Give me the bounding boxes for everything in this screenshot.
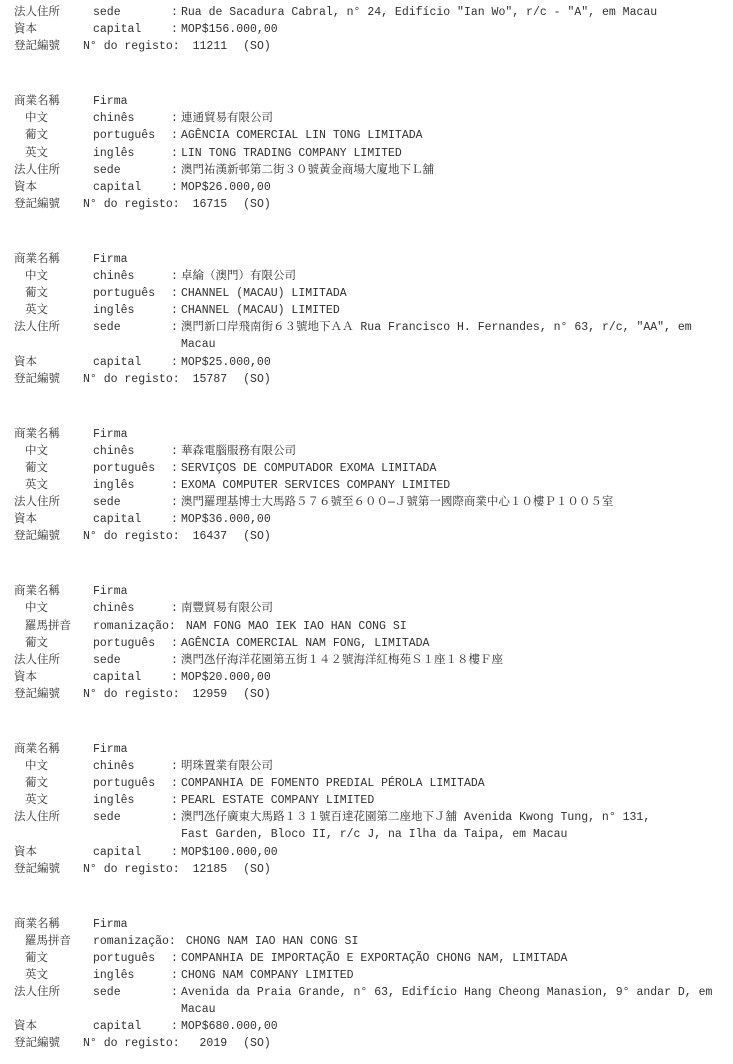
value-line: Macau — [181, 336, 725, 353]
row-roman: 羅馬拼音romanização:CHONG NAM IAO HAN CONG S… — [14, 933, 725, 950]
label-zh: 登記編號 — [14, 861, 77, 878]
colon-separator: : — [171, 950, 181, 967]
colon-separator: : — [171, 600, 181, 617]
colon-separator: : — [171, 319, 181, 336]
label-zh: 資本 — [14, 844, 93, 861]
value-line: CHANNEL (MACAU) LIMITED — [181, 302, 725, 319]
label-zh: 資本 — [14, 1018, 93, 1035]
row-capital: 資本capital:MOP$26.000,00 — [14, 179, 725, 196]
label-zh: 葡文 — [14, 635, 93, 652]
row-firma: 商業名稱Firma — [14, 916, 725, 933]
field-value: CHANNEL (MACAU) LIMITED — [181, 302, 725, 319]
label-pt: N° do registo: — [83, 196, 180, 213]
row-registo: 登記編號N° do registo:15787(SO) — [14, 371, 725, 388]
label-pt: sede — [93, 494, 171, 511]
row-capital: 資本capital:MOP$20.000,00 — [14, 669, 725, 686]
label-pt: chinês — [93, 600, 171, 617]
row-english: 英文inglês:CHANNEL (MACAU) LIMITED — [14, 302, 725, 319]
row-chinese: 中文chinês:明珠置業有限公司 — [14, 758, 725, 775]
label-pt: romanização: — [93, 618, 176, 635]
field-value: NAM FONG MAO IEK IAO HAN CONG SI — [186, 618, 725, 635]
row-capital: 資本capital:MOP$680.000,00 — [14, 1018, 725, 1035]
label-zh: 法人住所 — [14, 652, 93, 669]
label-pt: sede — [93, 652, 171, 669]
colon-separator: : — [171, 792, 181, 809]
colon-separator: : — [171, 4, 181, 21]
label-zh: 羅馬拼音 — [14, 933, 93, 950]
label-pt: Firma — [93, 916, 171, 933]
value-line: LIN TONG TRADING COMPANY LIMITED — [181, 145, 725, 162]
field-value: 澳門氹仔廣東大馬路１３１號百達花園第二座地下Ｊ舖 Avenida Kwong T… — [181, 809, 725, 843]
value-line: EXOMA COMPUTER SERVICES COMPANY LIMITED — [181, 477, 725, 494]
field-value: Avenida da Praia Grande, n° 63, Edifício… — [181, 984, 725, 1018]
field-value: 澳門羅理基博士大馬路５７６號至６００—Ｊ號第一國際商業中心１０樓Ｐ１００５室 — [181, 494, 725, 511]
label-zh: 登記編號 — [14, 528, 77, 545]
label-zh: 中文 — [14, 600, 93, 617]
colon-separator: : — [171, 477, 181, 494]
registration-source-code: (SO) — [243, 861, 271, 878]
colon-separator: : — [171, 494, 181, 511]
label-pt: N° do registo: — [83, 371, 180, 388]
colon-separator: : — [171, 967, 181, 984]
value-line: Macau — [181, 1001, 725, 1018]
value-line: 澳門新口岸飛南街６３號地下ＡＡ Rua Francisco H. Fernand… — [181, 319, 725, 336]
colon-separator: : — [171, 758, 181, 775]
label-pt: português — [93, 460, 171, 477]
row-portuguese: 葡文português:AGÊNCIA COMERCIAL LIN TONG L… — [14, 127, 725, 144]
label-pt: sede — [93, 809, 171, 826]
registration-number: 2019 — [193, 1035, 228, 1052]
row-chinese: 中文chinês:連通貿易有限公司 — [14, 110, 725, 127]
field-value: MOP$680.000,00 — [181, 1018, 725, 1035]
label-pt: chinês — [93, 268, 171, 285]
value-line: Fast Garden, Bloco II, r/c J, na Ilha da… — [181, 826, 725, 843]
row-firma: 商業名稱Firma — [14, 426, 725, 443]
label-pt: capital — [93, 844, 171, 861]
label-pt: N° do registo: — [83, 1035, 180, 1052]
colon-separator: : — [171, 145, 181, 162]
colon-separator: : — [171, 1018, 181, 1035]
value-line: COMPANHIA DE FOMENTO PREDIAL PÉROLA LIMI… — [181, 775, 725, 792]
value-line: MOP$26.000,00 — [181, 179, 725, 196]
label-pt: português — [93, 635, 171, 652]
label-zh: 資本 — [14, 21, 93, 38]
field-value: MOP$20.000,00 — [181, 669, 725, 686]
value-line: 南豐貿易有限公司 — [181, 600, 725, 617]
value-line: 卓綸（澳門）有限公司 — [181, 268, 725, 285]
field-value: MOP$100.000,00 — [181, 844, 725, 861]
value-line: 華森電腦服務有限公司 — [181, 443, 725, 460]
label-pt: chinês — [93, 758, 171, 775]
field-value: SERVIÇOS DE COMPUTADOR EXOMA LIMITADA — [181, 460, 725, 477]
field-value: 南豐貿易有限公司 — [181, 600, 725, 617]
row-firma: 商業名稱Firma — [14, 93, 725, 110]
label-pt: capital — [93, 669, 171, 686]
label-pt: romanização: — [93, 933, 176, 950]
registration-source-code: (SO) — [243, 196, 271, 213]
label-pt: português — [93, 127, 171, 144]
label-zh: 登記編號 — [14, 1035, 77, 1052]
colon-separator: : — [171, 302, 181, 319]
label-zh: 資本 — [14, 179, 93, 196]
label-zh: 登記編號 — [14, 686, 77, 703]
row-registo: 登記編號N° do registo:16715(SO) — [14, 196, 725, 213]
label-pt: Firma — [93, 251, 171, 268]
registration-number: 12959 — [193, 686, 228, 703]
value-line: CHONG NAM IAO HAN CONG SI — [186, 933, 725, 950]
value-line: AGÊNCIA COMERCIAL NAM FONG, LIMITADA — [181, 635, 725, 652]
registration-source-code: (SO) — [243, 686, 271, 703]
label-pt: sede — [93, 4, 171, 21]
company-entry: 商業名稱Firma中文chinês:華森電腦服務有限公司葡文português:… — [14, 426, 725, 546]
registration-source-code: (SO) — [243, 1035, 271, 1052]
row-capital: 資本capital:MOP$156.000,00 — [14, 21, 725, 38]
registration-number: 16437 — [193, 528, 228, 545]
label-pt: Firma — [93, 583, 171, 600]
field-value: MOP$36.000,00 — [181, 511, 725, 528]
label-pt: chinês — [93, 110, 171, 127]
label-pt: capital — [93, 179, 171, 196]
row-english: 英文inglês:CHONG NAM COMPANY LIMITED — [14, 967, 725, 984]
value-line: COMPANHIA DE IMPORTAÇÃO E EXPORTAÇÃO CHO… — [181, 950, 725, 967]
registration-number: 11211 — [193, 38, 228, 55]
colon-separator: : — [171, 669, 181, 686]
colon-separator: : — [171, 443, 181, 460]
colon-separator: : — [171, 21, 181, 38]
company-entry: 商業名稱Firma中文chinês:南豐貿易有限公司羅馬拼音romanizaçã… — [14, 583, 725, 703]
field-value: Rua de Sacadura Cabral, n° 24, Edifício … — [181, 4, 725, 21]
label-pt: inglês — [93, 145, 171, 162]
value-line: 明珠置業有限公司 — [181, 758, 725, 775]
row-portuguese: 葡文português:AGÊNCIA COMERCIAL NAM FONG, … — [14, 635, 725, 652]
label-zh: 法人住所 — [14, 809, 93, 826]
label-zh: 法人住所 — [14, 4, 93, 21]
label-pt: N° do registo: — [83, 861, 180, 878]
label-zh: 商業名稱 — [14, 251, 93, 268]
label-zh: 中文 — [14, 110, 93, 127]
value-line: 連通貿易有限公司 — [181, 110, 725, 127]
label-zh: 葡文 — [14, 775, 93, 792]
registration-source-code: (SO) — [243, 371, 271, 388]
value-line: Avenida da Praia Grande, n° 63, Edifício… — [181, 984, 725, 1001]
row-sede: 法人住所sede:澳門羅理基博士大馬路５７６號至６００—Ｊ號第一國際商業中心１０… — [14, 494, 725, 511]
value-line: CHONG NAM COMPANY LIMITED — [181, 967, 725, 984]
label-pt: N° do registo: — [83, 38, 180, 55]
label-zh: 葡文 — [14, 127, 93, 144]
company-entry: 商業名稱Firma羅馬拼音romanização:CHONG NAM IAO H… — [14, 916, 725, 1053]
label-zh: 英文 — [14, 477, 93, 494]
colon-separator: : — [171, 511, 181, 528]
row-capital: 資本capital:MOP$100.000,00 — [14, 844, 725, 861]
label-zh: 英文 — [14, 302, 93, 319]
label-zh: 商業名稱 — [14, 916, 93, 933]
row-portuguese: 葡文português:CHANNEL (MACAU) LIMITADA — [14, 285, 725, 302]
registration-source-code: (SO) — [243, 38, 271, 55]
row-firma: 商業名稱Firma — [14, 251, 725, 268]
field-value: 澳門氹仔海洋花園第五街１４２號海洋紅梅苑Ｓ１座１８樓Ｆ座 — [181, 652, 725, 669]
colon-separator: : — [171, 285, 181, 302]
label-zh: 法人住所 — [14, 162, 93, 179]
field-value: 明珠置業有限公司 — [181, 758, 725, 775]
registry-entries: 法人住所sede:Rua de Sacadura Cabral, n° 24, … — [14, 4, 725, 1053]
row-english: 英文inglês:EXOMA COMPUTER SERVICES COMPANY… — [14, 477, 725, 494]
field-value: CHONG NAM IAO HAN CONG SI — [186, 933, 725, 950]
value-line: 澳門氹仔廣東大馬路１３１號百達花園第二座地下Ｊ舖 Avenida Kwong T… — [181, 809, 725, 826]
colon-separator: : — [171, 460, 181, 477]
label-zh: 資本 — [14, 511, 93, 528]
company-entry: 商業名稱Firma中文chinês:卓綸（澳門）有限公司葡文português:… — [14, 251, 725, 388]
label-zh: 中文 — [14, 758, 93, 775]
label-zh: 商業名稱 — [14, 583, 93, 600]
label-zh: 葡文 — [14, 285, 93, 302]
label-pt: sede — [93, 162, 171, 179]
registration-number: 16715 — [193, 196, 228, 213]
value-line: Rua de Sacadura Cabral, n° 24, Edifício … — [181, 4, 725, 21]
field-value: 澳門新口岸飛南街６３號地下ＡＡ Rua Francisco H. Fernand… — [181, 319, 725, 353]
registration-number: 15787 — [193, 371, 228, 388]
colon-separator: : — [171, 354, 181, 371]
registration-number: 12185 — [193, 861, 228, 878]
row-registo: 登記編號N° do registo:11211(SO) — [14, 38, 725, 55]
field-value: AGÊNCIA COMERCIAL LIN TONG LIMITADA — [181, 127, 725, 144]
value-line: MOP$20.000,00 — [181, 669, 725, 686]
label-zh: 法人住所 — [14, 984, 93, 1001]
label-zh: 英文 — [14, 792, 93, 809]
company-entry: 商業名稱Firma中文chinês:明珠置業有限公司葡文português:CO… — [14, 741, 725, 878]
label-zh: 法人住所 — [14, 319, 93, 336]
label-zh: 英文 — [14, 145, 93, 162]
row-english: 英文inglês:PEARL ESTATE COMPANY LIMITED — [14, 792, 725, 809]
label-zh: 商業名稱 — [14, 93, 93, 110]
value-line: AGÊNCIA COMERCIAL LIN TONG LIMITADA — [181, 127, 725, 144]
colon-separator: : — [171, 844, 181, 861]
label-pt: Firma — [93, 93, 171, 110]
field-value: PEARL ESTATE COMPANY LIMITED — [181, 792, 725, 809]
row-sede: 法人住所sede:澳門祐漢新邨第二街３０號黃金商場大廈地下Ｌ舖 — [14, 162, 725, 179]
row-firma: 商業名稱Firma — [14, 583, 725, 600]
row-portuguese: 葡文português:COMPANHIA DE FOMENTO PREDIAL… — [14, 775, 725, 792]
colon-separator: : — [171, 127, 181, 144]
field-value: MOP$156.000,00 — [181, 21, 725, 38]
row-sede: 法人住所sede:澳門氹仔海洋花園第五街１４２號海洋紅梅苑Ｓ１座１８樓Ｆ座 — [14, 652, 725, 669]
label-zh: 羅馬拼音 — [14, 618, 93, 635]
label-pt: N° do registo: — [83, 686, 180, 703]
value-line: MOP$25.000,00 — [181, 354, 725, 371]
value-line: MOP$100.000,00 — [181, 844, 725, 861]
label-zh: 登記編號 — [14, 196, 77, 213]
label-zh: 中文 — [14, 443, 93, 460]
field-value: 連通貿易有限公司 — [181, 110, 725, 127]
label-zh: 資本 — [14, 669, 93, 686]
colon-separator: : — [171, 635, 181, 652]
row-capital: 資本capital:MOP$36.000,00 — [14, 511, 725, 528]
value-line: CHANNEL (MACAU) LIMITADA — [181, 285, 725, 302]
field-value: MOP$26.000,00 — [181, 179, 725, 196]
row-registo: 登記編號N° do registo: 2019(SO) — [14, 1035, 725, 1052]
label-pt: inglês — [93, 792, 171, 809]
value-line: NAM FONG MAO IEK IAO HAN CONG SI — [186, 618, 725, 635]
field-value: EXOMA COMPUTER SERVICES COMPANY LIMITED — [181, 477, 725, 494]
row-capital: 資本capital:MOP$25.000,00 — [14, 354, 725, 371]
field-value: 澳門祐漢新邨第二街３０號黃金商場大廈地下Ｌ舖 — [181, 162, 725, 179]
value-line: MOP$156.000,00 — [181, 21, 725, 38]
row-registo: 登記編號N° do registo:12959(SO) — [14, 686, 725, 703]
row-registo: 登記編號N° do registo:16437(SO) — [14, 528, 725, 545]
label-pt: inglês — [93, 477, 171, 494]
colon-separator: : — [171, 268, 181, 285]
row-english: 英文inglês:LIN TONG TRADING COMPANY LIMITE… — [14, 145, 725, 162]
colon-separator: : — [171, 162, 181, 179]
value-line: PEARL ESTATE COMPANY LIMITED — [181, 792, 725, 809]
label-pt: capital — [93, 511, 171, 528]
field-value: CHONG NAM COMPANY LIMITED — [181, 967, 725, 984]
colon-separator: : — [171, 110, 181, 127]
registration-source-code: (SO) — [243, 528, 271, 545]
label-pt: Firma — [93, 741, 171, 758]
label-pt: português — [93, 285, 171, 302]
colon-separator: : — [171, 984, 181, 1001]
label-pt: inglês — [93, 967, 171, 984]
label-pt: capital — [93, 1018, 171, 1035]
row-firma: 商業名稱Firma — [14, 741, 725, 758]
row-portuguese: 葡文português:SERVIÇOS DE COMPUTADOR EXOMA… — [14, 460, 725, 477]
label-zh: 英文 — [14, 967, 93, 984]
field-value: 卓綸（澳門）有限公司 — [181, 268, 725, 285]
field-value: AGÊNCIA COMERCIAL NAM FONG, LIMITADA — [181, 635, 725, 652]
label-zh: 商業名稱 — [14, 426, 93, 443]
row-sede: 法人住所sede:Avenida da Praia Grande, n° 63,… — [14, 984, 725, 1018]
label-zh: 資本 — [14, 354, 93, 371]
value-line: MOP$680.000,00 — [181, 1018, 725, 1035]
label-zh: 葡文 — [14, 460, 93, 477]
value-line: 澳門羅理基博士大馬路５７６號至６００—Ｊ號第一國際商業中心１０樓Ｐ１００５室 — [181, 494, 725, 511]
row-chinese: 中文chinês:卓綸（澳門）有限公司 — [14, 268, 725, 285]
field-value: CHANNEL (MACAU) LIMITADA — [181, 285, 725, 302]
field-value: MOP$25.000,00 — [181, 354, 725, 371]
label-pt: N° do registo: — [83, 528, 180, 545]
colon-separator: : — [171, 179, 181, 196]
value-line: SERVIÇOS DE COMPUTADOR EXOMA LIMITADA — [181, 460, 725, 477]
label-zh: 登記編號 — [14, 371, 77, 388]
company-entry: 商業名稱Firma中文chinês:連通貿易有限公司葡文português:AG… — [14, 93, 725, 213]
row-sede: 法人住所sede:澳門新口岸飛南街６３號地下ＡＡ Rua Francisco H… — [14, 319, 725, 353]
value-line: 澳門祐漢新邨第二街３０號黃金商場大廈地下Ｌ舖 — [181, 162, 725, 179]
label-pt: chinês — [93, 443, 171, 460]
row-portuguese: 葡文português:COMPANHIA DE IMPORTAÇÃO E EX… — [14, 950, 725, 967]
label-pt: Firma — [93, 426, 171, 443]
row-sede: 法人住所sede:澳門氹仔廣東大馬路１３１號百達花園第二座地下Ｊ舖 Avenid… — [14, 809, 725, 843]
label-zh: 中文 — [14, 268, 93, 285]
field-value: 華森電腦服務有限公司 — [181, 443, 725, 460]
company-entry: 法人住所sede:Rua de Sacadura Cabral, n° 24, … — [14, 4, 725, 55]
label-zh: 法人住所 — [14, 494, 93, 511]
value-line: 澳門氹仔海洋花園第五街１４２號海洋紅梅苑Ｓ１座１８樓Ｆ座 — [181, 652, 725, 669]
row-roman: 羅馬拼音romanização:NAM FONG MAO IEK IAO HAN… — [14, 618, 725, 635]
label-pt: capital — [93, 354, 171, 371]
colon-separator: : — [171, 775, 181, 792]
label-pt: inglês — [93, 302, 171, 319]
row-sede: 法人住所sede:Rua de Sacadura Cabral, n° 24, … — [14, 4, 725, 21]
label-pt: sede — [93, 984, 171, 1001]
label-pt: sede — [93, 319, 171, 336]
field-value: LIN TONG TRADING COMPANY LIMITED — [181, 145, 725, 162]
row-chinese: 中文chinês:華森電腦服務有限公司 — [14, 443, 725, 460]
field-value: COMPANHIA DE FOMENTO PREDIAL PÉROLA LIMI… — [181, 775, 725, 792]
value-line: MOP$36.000,00 — [181, 511, 725, 528]
row-chinese: 中文chinês:南豐貿易有限公司 — [14, 600, 725, 617]
colon-separator: : — [171, 809, 181, 826]
field-value: COMPANHIA DE IMPORTAÇÃO E EXPORTAÇÃO CHO… — [181, 950, 725, 967]
label-zh: 商業名稱 — [14, 741, 93, 758]
label-pt: capital — [93, 21, 171, 38]
row-registo: 登記編號N° do registo:12185(SO) — [14, 861, 725, 878]
label-pt: português — [93, 775, 171, 792]
label-zh: 葡文 — [14, 950, 93, 967]
label-zh: 登記編號 — [14, 38, 77, 55]
label-pt: português — [93, 950, 171, 967]
colon-separator: : — [171, 652, 181, 669]
